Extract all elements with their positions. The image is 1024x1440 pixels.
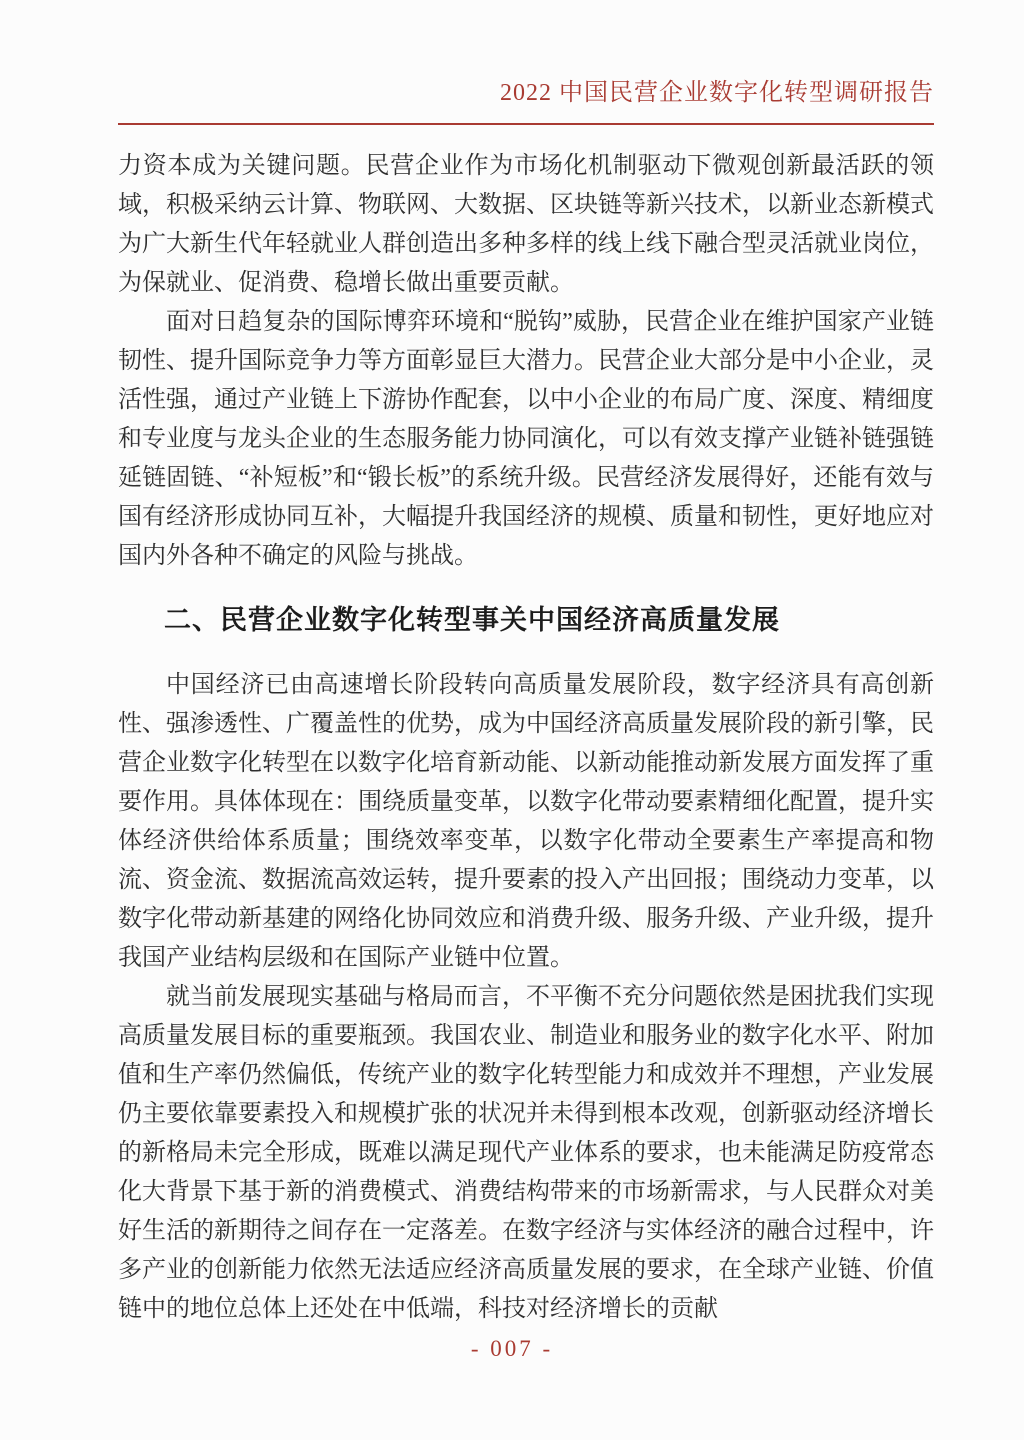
paragraph-high-quality-growth: 中国经济已由高速增长阶段转向高质量发展阶段，数字经济具有高创新性、强渗透性、广覆… — [118, 666, 934, 978]
document-page: 2022 中国民营企业数字化转型调研报告 力资本成为关键问题。民营企业作为市场化… — [0, 0, 1024, 1440]
paragraph-continuation: 力资本成为关键问题。民营企业作为市场化机制驱动下微观创新最活跃的领域，积极采纳云… — [118, 147, 934, 303]
page-body: 力资本成为关键问题。民营企业作为市场化机制驱动下微观创新最活跃的领域，积极采纳云… — [118, 147, 934, 1329]
section-heading-2: 二、民营企业数字化转型事关中国经济高质量发展 — [118, 600, 934, 640]
page-header: 2022 中国民营企业数字化转型调研报告 — [118, 0, 934, 125]
page-number: - 007 - — [0, 1336, 1024, 1362]
paragraph-current-development: 就当前发展现实基础与格局而言，不平衡不充分问题依然是困扰我们实现高质量发展目标的… — [118, 978, 934, 1329]
report-header-title: 2022 中国民营企业数字化转型调研报告 — [500, 80, 934, 106]
paragraph-decoupling-threat: 面对日趋复杂的国际博弈环境和“脱钩”威胁，民营企业在维护国家产业链韧性、提升国际… — [118, 303, 934, 576]
